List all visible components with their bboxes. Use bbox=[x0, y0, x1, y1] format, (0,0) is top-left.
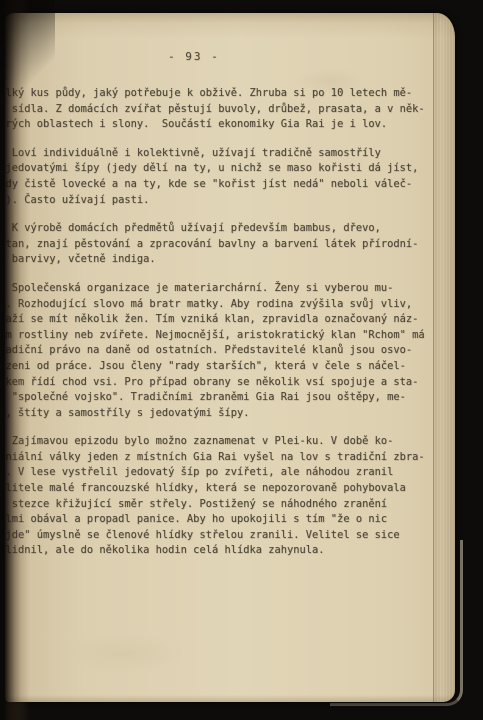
text-line: uklidnil, ale do několika hodin celá hlí… bbox=[5, 543, 455, 559]
text-line: velký kus půdy, jaký potřebuje k obživě.… bbox=[5, 86, 455, 102]
paragraph: Zajímavou epizodu bylo možno zaznamenat … bbox=[5, 434, 455, 559]
text-line: tradiční právo na daně od ostatních. Pře… bbox=[5, 343, 455, 359]
text-line: terých oblastech i slony. Součástí ekono… bbox=[5, 117, 455, 133]
text-line: po stezce křižující směr střely. Postiže… bbox=[5, 497, 455, 513]
paragraph: K výrobě domácích předmětů užívají přede… bbox=[5, 221, 455, 268]
paragraph: Loví individuálně i kolektivně, užívají … bbox=[5, 146, 455, 208]
book-page: - 93 - velký kus půdy, jaký potřebuje k … bbox=[5, 13, 455, 702]
text-line: né). Často užívají pasti. bbox=[5, 193, 455, 209]
text-line: že. Rozhodující slovo má bratr matky. Ab… bbox=[5, 297, 455, 313]
text-line: ní sídla. Z domácích zvířat pěstují buvo… bbox=[5, 102, 455, 118]
text-line: velitele malé francouzské hlídky, která … bbox=[5, 481, 455, 497]
text-line: rotan, znají pěstování a zpracování bavl… bbox=[5, 237, 455, 253]
paragraph: velký kus půdy, jaký potřebuje k obživě.… bbox=[5, 86, 455, 133]
text-line: s jedovatými šípy (jedy dělí na ty, u ni… bbox=[5, 161, 455, 177]
page-number: - 93 - bbox=[168, 50, 220, 63]
text-line: nejde" úmyslně se členové hlídky střelou… bbox=[5, 528, 455, 544]
paper-stain bbox=[65, 633, 185, 673]
text-line: tedy čistě lovecké a na ty, kde se "koři… bbox=[5, 177, 455, 193]
text-line: Loví individuálně i kolektivně, užívají … bbox=[5, 146, 455, 162]
text-block: velký kus půdy, jaký potřebuje k obživě.… bbox=[5, 86, 455, 559]
paragraph: Společenská organizace je materiarchární… bbox=[5, 281, 455, 421]
text-line: ní. V lese vystřelil jedovatý šíp po zví… bbox=[5, 465, 455, 481]
text-line: Společenská organizace je materiarchární… bbox=[5, 281, 455, 297]
text-line: ví "společné vojsko". Tradičními zbraněm… bbox=[5, 390, 455, 406]
scan-background: - 93 - velký kus půdy, jaký potřebuje k … bbox=[0, 0, 483, 720]
text-line: bozeni od práce. Jsou členy "rady starší… bbox=[5, 359, 455, 375]
text-line: níkem řídí chod vsi. Pro případ obrany s… bbox=[5, 375, 455, 391]
gutter-corner-shadow bbox=[0, 0, 55, 130]
text-line: Zajímavou epizodu bylo možno zaznamenat … bbox=[5, 434, 455, 450]
text-line: vem rostliny neb zvířete. Nejmocnější, a… bbox=[5, 328, 455, 344]
text-line: loniální války jeden z místních Gia Rai … bbox=[5, 450, 455, 466]
text-line: če, štíty a samostříly s jedovatými šípy… bbox=[5, 406, 455, 422]
text-line: snaží se mít několik žen. Tím vzniká kla… bbox=[5, 312, 455, 328]
text-line: K výrobě domácích předmětů užívají přede… bbox=[5, 221, 455, 237]
text-line: mi barvivy, včetně indiga. bbox=[5, 252, 455, 268]
text-line: velmi obával a propadl panice. Aby ho up… bbox=[5, 512, 455, 528]
